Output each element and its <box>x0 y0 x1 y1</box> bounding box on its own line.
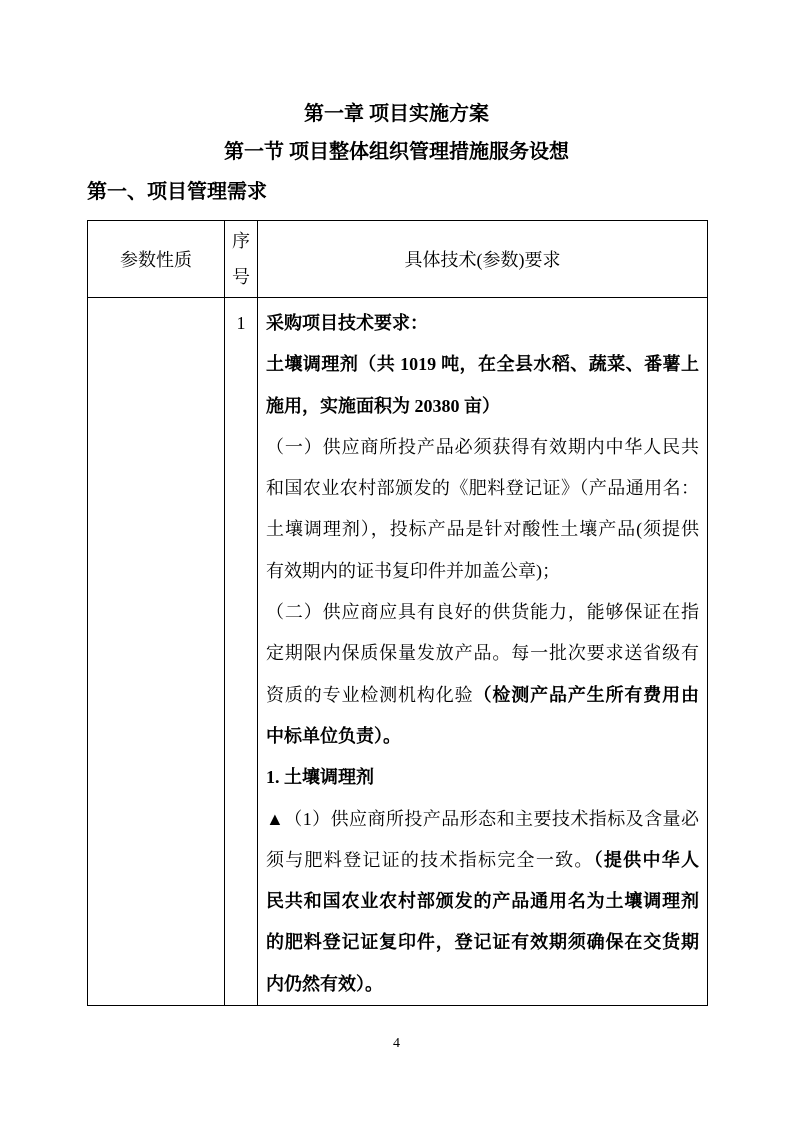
spec-table: 参数性质 序 号 具体技术(参数)要求 1 采购项目技术要求：土壤调理剂（共 1… <box>87 220 708 1006</box>
content-line: 须与肥料登记证的技术指标完全一致。（提供中华人 <box>266 840 699 881</box>
text-run: 有效期内的证书复印件并加盖公章)； <box>266 561 560 581</box>
content-line: 民共和国农业农村部颁发的产品通用名为土壤调理剂 <box>266 881 699 922</box>
content-line: 土壤调理剂（共 1019 吨，在全县水稻、蔬菜、番薯上 <box>266 344 699 385</box>
text-run-bold: 1. 土壤调理剂 <box>266 767 374 787</box>
section-title: 第一节 项目整体组织管理措施服务设想 <box>0 141 793 163</box>
document-page: 第一章 项目实施方案 第一节 项目整体组织管理措施服务设想 第一、项目管理需求 … <box>0 0 793 1122</box>
section-heading: 第一、项目管理需求 <box>87 181 793 203</box>
text-run: 资质的专业检测机构化验 <box>266 685 474 705</box>
text-run: （二）供应商应具有良好的供货能力，能够保证在指 <box>266 602 699 622</box>
text-run: 须与肥料登记证的技术指标完全一致。 <box>266 850 594 870</box>
content-line: 有效期内的证书复印件并加盖公章)； <box>266 551 699 592</box>
header-cell-param-nature: 参数性质 <box>88 221 225 298</box>
content-line: 资质的专业检测机构化验（检测产品产生所有费用由 <box>266 675 699 716</box>
text-run-bold: 的肥料登记证复印件，登记证有效期须确保在交货期 <box>266 932 699 952</box>
content-line: 内仍然有效）。 <box>266 964 699 1005</box>
content-line: 和国农业农村部颁发的《肥料登记证》（产品通用名： <box>266 468 699 509</box>
content-line: 中标单位负责）。 <box>266 716 699 757</box>
content-line: 定期限内保质保量发放产品。每一批次要求送省级有 <box>266 633 699 674</box>
table-body-row: 1 采购项目技术要求：土壤调理剂（共 1019 吨，在全县水稻、蔬菜、番薯上施用… <box>88 298 708 1006</box>
text-run: ▲（1）供应商所投产品形态和主要技术指标及含量必 <box>266 809 699 829</box>
content-line: 土壤调理剂），投标产品是针对酸性土壤产品(须提供 <box>266 509 699 550</box>
cell-requirements-content: 采购项目技术要求：土壤调理剂（共 1019 吨，在全县水稻、蔬菜、番薯上施用，实… <box>258 298 708 1006</box>
text-run-bold: （提供中华人 <box>594 850 699 870</box>
table-header-row: 参数性质 序 号 具体技术(参数)要求 <box>88 221 708 298</box>
header-cell-requirements: 具体技术(参数)要求 <box>258 221 708 298</box>
content-line: （二）供应商应具有良好的供货能力，能够保证在指 <box>266 592 699 633</box>
header-seq-char-1: 序 <box>225 223 257 259</box>
text-run-bold: 内仍然有效）。 <box>266 974 383 994</box>
cell-param-nature <box>88 298 225 1006</box>
cell-seq-number: 1 <box>225 298 258 1006</box>
content-line: ▲（1）供应商所投产品形态和主要技术指标及含量必 <box>266 799 699 840</box>
header-cell-seq: 序 号 <box>225 221 258 298</box>
text-run-bold: 民共和国农业农村部颁发的产品通用名为土壤调理剂 <box>266 891 699 911</box>
content-line: 的肥料登记证复印件，登记证有效期须确保在交货期 <box>266 922 699 963</box>
text-run-bold: 施用，实施面积为 20380 亩） <box>266 396 500 416</box>
text-run-bold: 土壤调理剂（共 1019 吨，在全县水稻、蔬菜、番薯上 <box>266 354 699 374</box>
text-run: 定期限内保质保量发放产品。每一批次要求送省级有 <box>266 643 699 663</box>
text-run-bold: 采购项目技术要求： <box>266 313 428 333</box>
content-line: 施用，实施面积为 20380 亩） <box>266 386 699 427</box>
page-number: 4 <box>0 1036 793 1052</box>
text-run-bold: 中标单位负责）。 <box>266 726 401 746</box>
header-seq-char-2: 号 <box>225 259 257 295</box>
chapter-title: 第一章 项目实施方案 <box>0 103 793 125</box>
text-run: 土壤调理剂），投标产品是针对酸性土壤产品(须提供 <box>266 519 699 539</box>
text-run-bold: （检测产品产生所有费用由 <box>474 685 700 705</box>
content-line: 采购项目技术要求： <box>266 303 699 344</box>
text-run: （一）供应商所投产品必须获得有效期内中华人民共 <box>266 437 699 457</box>
content-line: 1. 土壤调理剂 <box>266 757 699 798</box>
content-line: （一）供应商所投产品必须获得有效期内中华人民共 <box>266 427 699 468</box>
text-run: 和国农业农村部颁发的《肥料登记证》（产品通用名： <box>266 478 699 498</box>
